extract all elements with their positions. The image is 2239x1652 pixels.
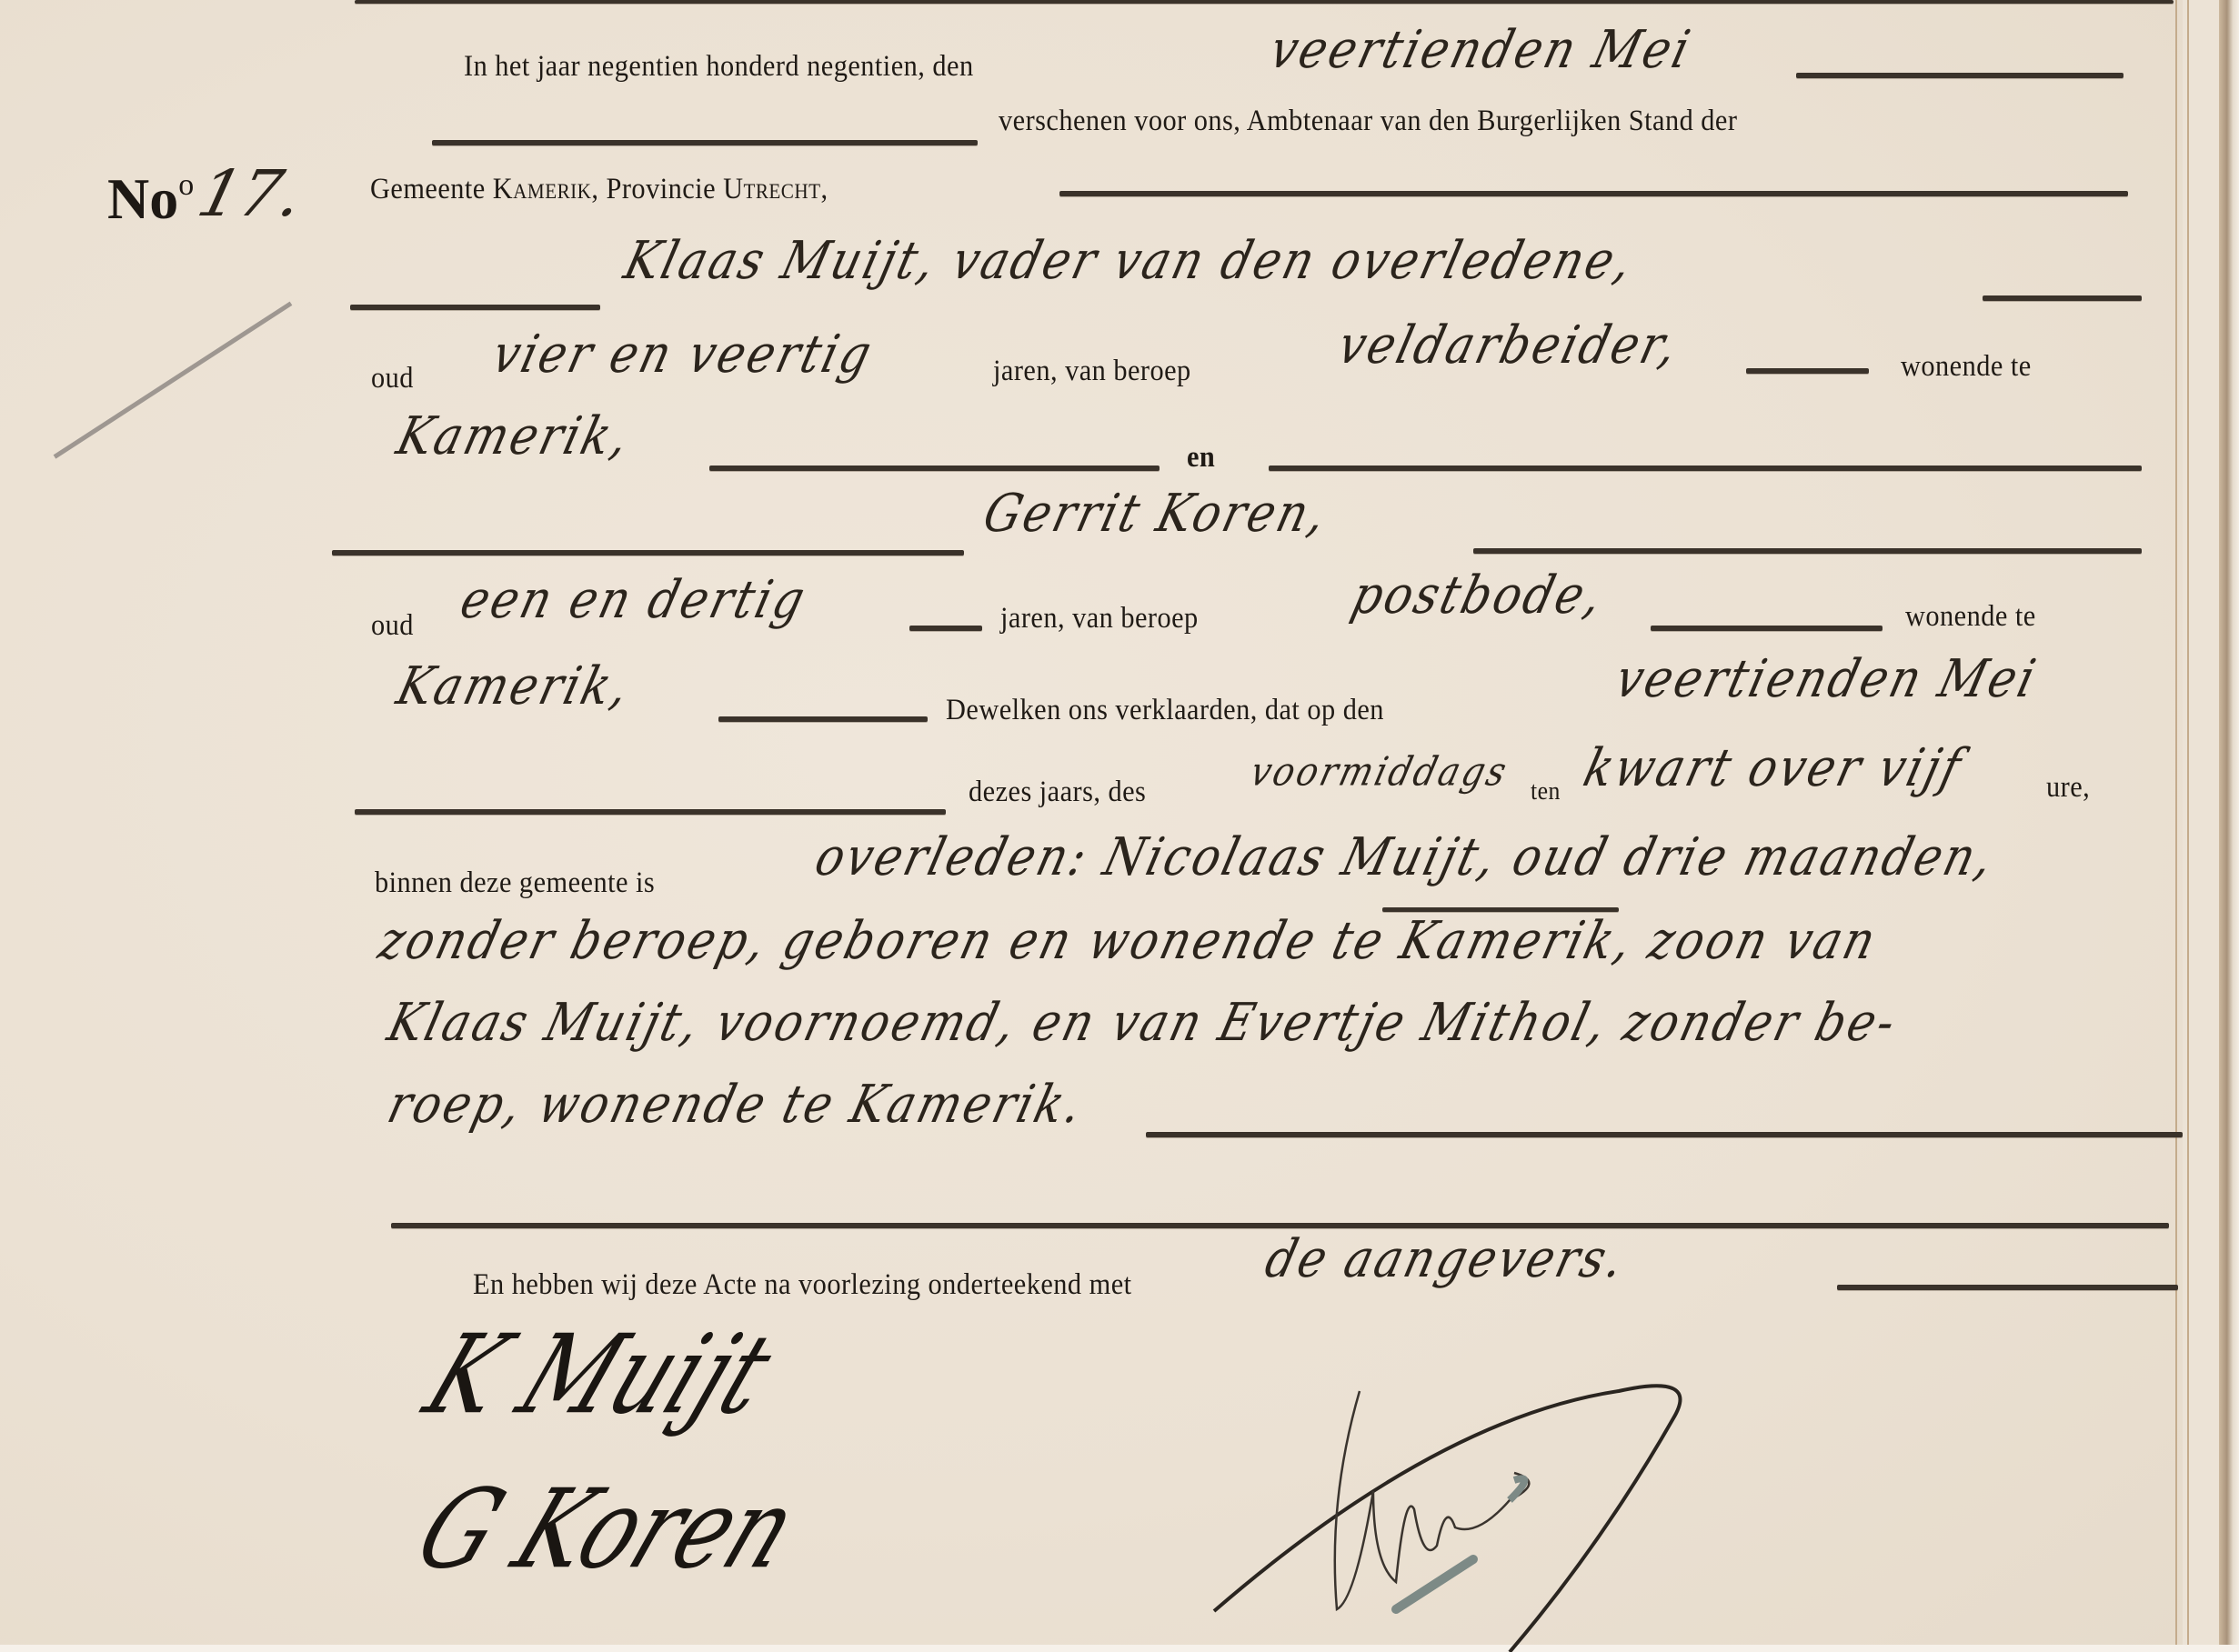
signature-registrar [0,0,2239,1652]
